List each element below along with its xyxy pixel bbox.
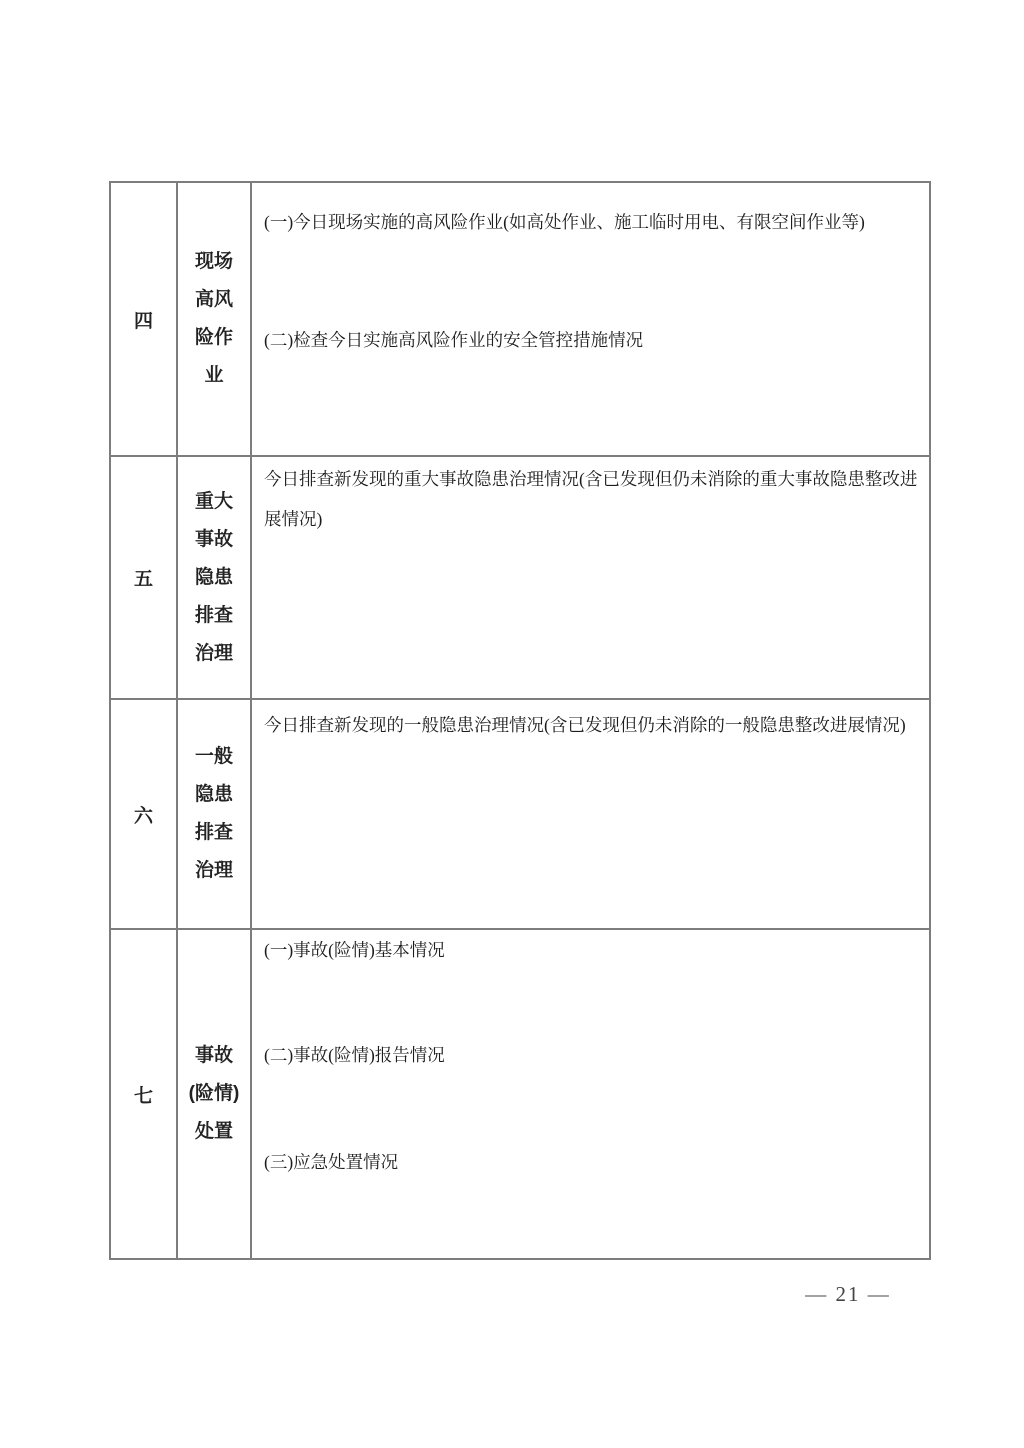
row-number-cell: 四	[110, 182, 177, 456]
table-row-6: 六 一般 隐患 排查 治理 今日排查新发现的一般隐患治理情况(含已发现但仍未消除…	[110, 699, 930, 929]
document-page: 四 现场 高风 险作 业 (一)今日现场实施的高风险作业(如高处作业、施工临时用…	[0, 0, 1024, 1448]
content-item: 今日排查新发现的重大事故隐患治理情况(含已发现但仍未消除的重大事故隐患整改进展情…	[264, 459, 920, 539]
row-category-cell: 一般 隐患 排查 治理	[177, 699, 251, 929]
row-content-cell: 今日排查新发现的重大事故隐患治理情况(含已发现但仍未消除的重大事故隐患整改进展情…	[251, 456, 930, 699]
content-item: (一)事故(险情)基本情况	[264, 930, 920, 970]
row-content-cell: (一)今日现场实施的高风险作业(如高处作业、施工临时用电、有限空间作业等) (二…	[251, 182, 930, 456]
content-item: (三)应急处置情况	[264, 1142, 920, 1182]
table-row-7: 七 事故 (险情) 处置 (一)事故(险情)基本情况 (二)事故(险情)报告情况…	[110, 929, 930, 1259]
table-row-4: 四 现场 高风 险作 业 (一)今日现场实施的高风险作业(如高处作业、施工临时用…	[110, 182, 930, 456]
content-item: (一)今日现场实施的高风险作业(如高处作业、施工临时用电、有限空间作业等)	[264, 202, 920, 242]
row-category-cell: 重大 事故 隐患 排查 治理	[177, 456, 251, 699]
row-content-cell: 今日排查新发现的一般隐患治理情况(含已发现但仍未消除的一般隐患整改进展情况)	[251, 699, 930, 929]
row-number-cell: 五	[110, 456, 177, 699]
row-number-cell: 六	[110, 699, 177, 929]
content-item: 今日排查新发现的一般隐患治理情况(含已发现但仍未消除的一般隐患整改进展情况)	[264, 705, 920, 745]
row-category-cell: 事故 (险情) 处置	[177, 929, 251, 1259]
row-number-cell: 七	[110, 929, 177, 1259]
daily-report-table: 四 现场 高风 险作 业 (一)今日现场实施的高风险作业(如高处作业、施工临时用…	[109, 181, 931, 1260]
page-number: — 21 —	[778, 1282, 918, 1307]
content-item: (二)检查今日实施高风险作业的安全管控措施情况	[264, 320, 920, 360]
table-row-5: 五 重大 事故 隐患 排查 治理 今日排查新发现的重大事故隐患治理情况(含已发现…	[110, 456, 930, 699]
row-content-cell: (一)事故(险情)基本情况 (二)事故(险情)报告情况 (三)应急处置情况	[251, 929, 930, 1259]
content-item: (二)事故(险情)报告情况	[264, 1035, 920, 1075]
row-category-cell: 现场 高风 险作 业	[177, 182, 251, 456]
